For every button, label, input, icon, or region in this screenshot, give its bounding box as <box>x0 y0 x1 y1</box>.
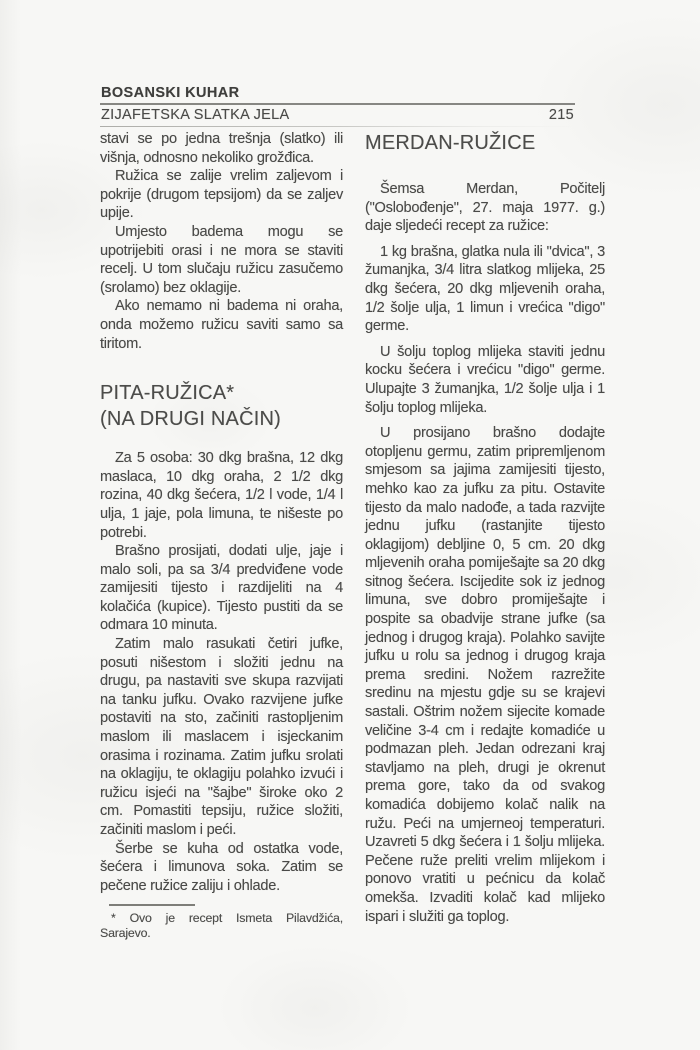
footnote-text: * Ovo je recept Ismeta Pilavdžića, Saraj… <box>100 911 343 942</box>
recipe-paragraph: Šerbe se kuha od ostatka vode, šećera i … <box>100 840 343 896</box>
page-number: 215 <box>549 107 574 123</box>
recipe-attribution: Šemsa Merdan, Počitelj ("Oslobođenje", 2… <box>365 180 605 236</box>
recipe-paragraph: Zatim malo rasukati četiri jufke, posuti… <box>100 635 343 840</box>
recipe-paragraph: Brašno prosijati, dodati ulje, jaje i ma… <box>100 542 343 635</box>
recipe-paragraph: U prosijano brašno dodajte otopljenu ger… <box>365 424 605 926</box>
recipe-paragraph: U šolju toplog mlijeka staviti jednu koc… <box>365 343 605 417</box>
header-row: ZIJAFETSKA SLATKA JELA 215 <box>100 105 575 127</box>
footnote-rule <box>109 904 195 906</box>
intro-paragraph: stavi se po jedna trešnja (slatko) ili v… <box>100 130 343 167</box>
intro-paragraph: Ako nemamo ni badema ni oraha, onda može… <box>100 297 343 353</box>
recipe-title-pita-ruzica-line2: (NA DRUGI NAČIN) <box>100 406 343 432</box>
intro-paragraph: Ružica se zalije vrelim zaljevom i pokri… <box>100 167 343 223</box>
right-column: MERDAN-RUŽICE Šemsa Merdan, Počitelj ("O… <box>365 130 605 942</box>
recipe-ingredients-paragraph: 1 kg brašna, glatka nula ili "dvica", 3 … <box>365 243 605 336</box>
recipe-title-pita-ruzica-line1: PITA-RUŽICA* <box>100 380 343 406</box>
left-column: stavi se po jedna trešnja (slatko) ili v… <box>100 130 343 942</box>
recipe-title-merdan-ruzice: MERDAN-RUŽICE <box>365 130 605 156</box>
page-header: BOSANSKI KUHAR ZIJAFETSKA SLATKA JELA 21… <box>100 85 575 127</box>
book-title: BOSANSKI KUHAR <box>100 85 575 105</box>
intro-paragraph: Umjesto badema mogu se upotrijebiti oras… <box>100 223 343 297</box>
recipe-ingredients-paragraph: Za 5 osoba: 30 dkg brašna, 12 dkg maslac… <box>100 449 343 542</box>
cookbook-page-scan: BOSANSKI KUHAR ZIJAFETSKA SLATKA JELA 21… <box>0 0 700 1050</box>
chapter-title: ZIJAFETSKA SLATKA JELA <box>101 107 289 123</box>
text-columns: stavi se po jedna trešnja (slatko) ili v… <box>100 130 605 942</box>
